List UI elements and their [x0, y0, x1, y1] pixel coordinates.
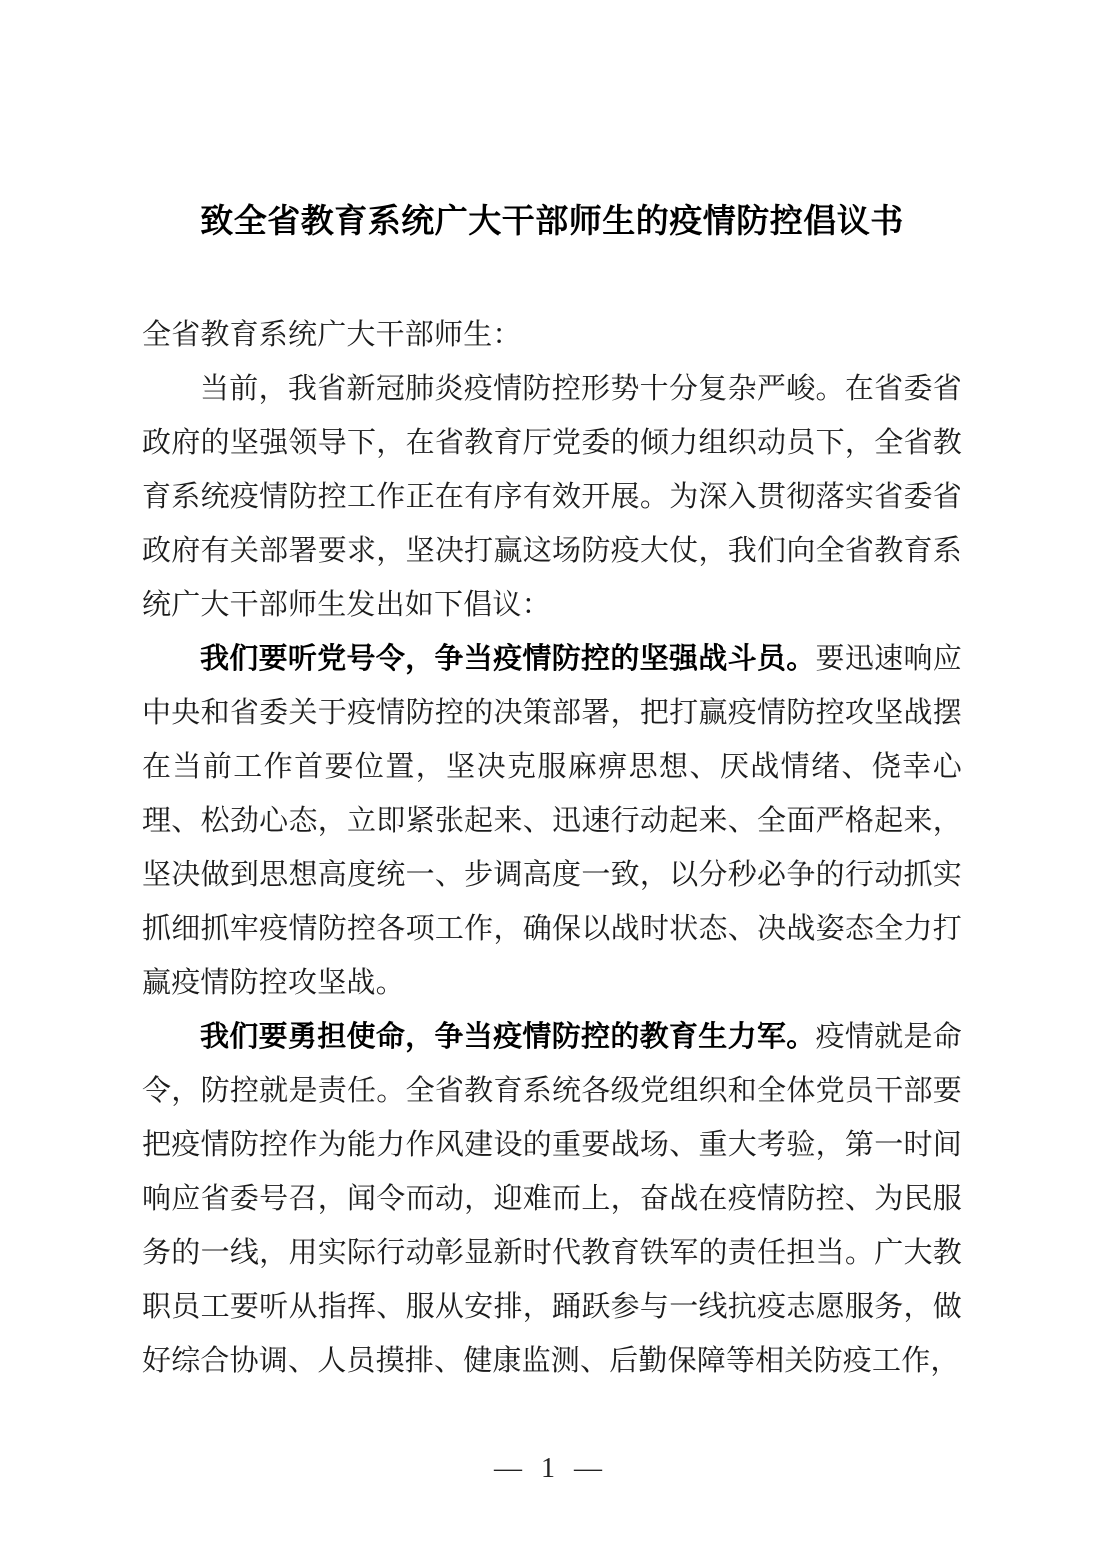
document-page: 致全省教育系统广大干部师生的疫情防控倡议书 全省教育系统广大干部师生： 当前，我…	[0, 0, 1102, 1559]
paragraph-1: 当前，我省新冠肺炎疫情防控形势十分复杂严峻。在省委省政府的坚强领导下，在省教育厅…	[142, 362, 962, 632]
paragraph-2-text: 要迅速响应中央和省委关于疫情防控的决策部署，把打赢疫情防控攻坚战摆在当前工作首要…	[142, 643, 962, 999]
paragraph-3-bold-lead: 我们要勇担使命，争当疫情防控的教育生力军。	[200, 1021, 816, 1053]
document-body: 全省教育系统广大干部师生： 当前，我省新冠肺炎疫情防控形势十分复杂严峻。在省委省…	[142, 308, 962, 1388]
page-number: — 1 —	[0, 1452, 1102, 1486]
document-title: 致全省教育系统广大干部师生的疫情防控倡议书	[142, 198, 962, 246]
paragraph-2-bold-lead: 我们要听党号令，争当疫情防控的坚强战斗员。	[200, 643, 816, 675]
salutation: 全省教育系统广大干部师生：	[142, 308, 962, 362]
paragraph-3-text: 疫情就是命令，防控就是责任。全省教育系统各级党组织和全体党员干部要把疫情防控作为…	[142, 1021, 962, 1377]
paragraph-1-text: 当前，我省新冠肺炎疫情防控形势十分复杂严峻。在省委省政府的坚强领导下，在省教育厅…	[142, 373, 962, 621]
paragraph-2: 我们要听党号令，争当疫情防控的坚强战斗员。要迅速响应中央和省委关于疫情防控的决策…	[142, 632, 962, 1010]
paragraph-3: 我们要勇担使命，争当疫情防控的教育生力军。疫情就是命令，防控就是责任。全省教育系…	[142, 1010, 962, 1388]
